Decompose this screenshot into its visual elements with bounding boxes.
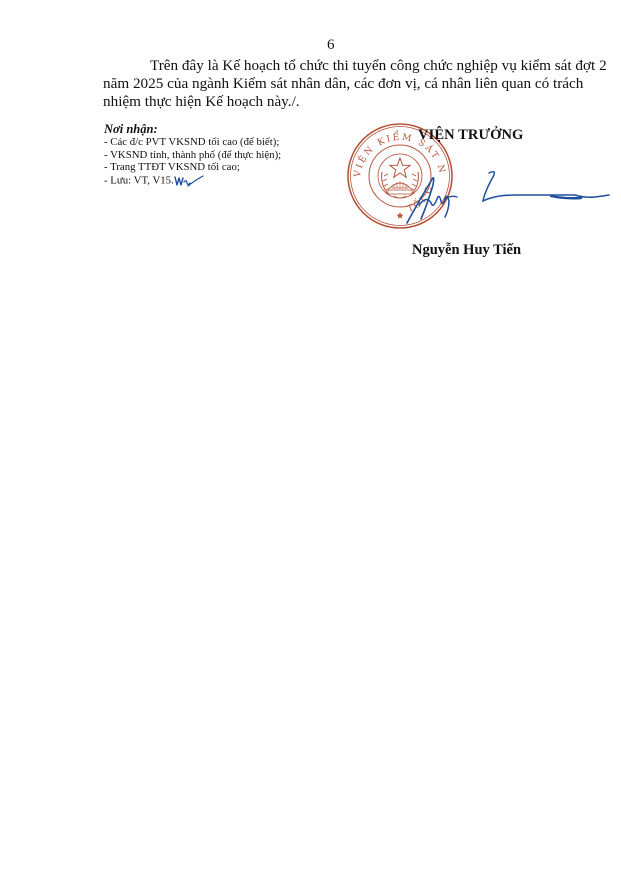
signer-name: Nguyễn Huy Tiến xyxy=(412,242,521,258)
recipient-item: - Trang TTĐT VKSND tối cao; xyxy=(104,161,281,174)
page-number: 6 xyxy=(327,36,335,54)
recipient-item: - VKSND tỉnh, thành phố (để thực hiện); xyxy=(104,149,281,162)
paragraph-line: năm 2025 của ngành Kiểm sát nhân dân, cá… xyxy=(103,75,543,93)
recipient-item: - Các đ/c PVT VKSND tối cao (để biết); xyxy=(104,136,281,149)
handwritten-signature-icon xyxy=(405,165,610,225)
signer-title: VIỆN TRƯỞNG xyxy=(418,127,523,143)
initials-mark-icon xyxy=(174,174,204,188)
paragraph-line: nhiệm thực hiện Kế hoạch này./. xyxy=(103,93,543,111)
recipients-title: Nơi nhận: xyxy=(104,122,281,136)
paragraph-line: Trên đây là Kế hoạch tổ chức thi tuyển c… xyxy=(103,57,543,75)
closing-paragraph: Trên đây là Kế hoạch tổ chức thi tuyển c… xyxy=(103,57,543,111)
recipient-item: - Lưu: VT, V15. xyxy=(104,174,281,188)
document-page: 6 Trên đây là Kế hoạch tổ chức thi tuyển… xyxy=(0,0,621,879)
recipients-block: Nơi nhận: - Các đ/c PVT VKSND tối cao (đ… xyxy=(104,122,281,188)
recipient-item-text: - Lưu: VT, V15. xyxy=(104,174,174,186)
